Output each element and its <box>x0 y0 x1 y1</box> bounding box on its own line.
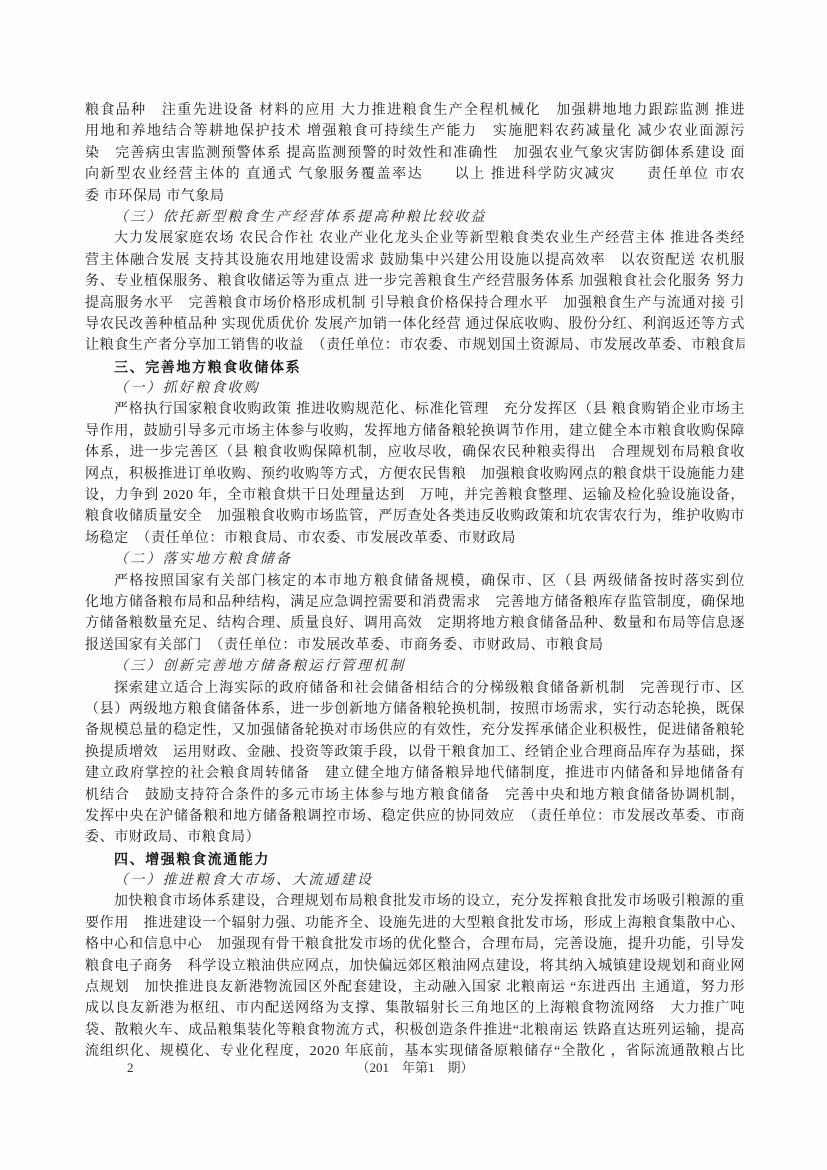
text-line: 营主体融合发展 支持其设施农用地建设需求 鼓励集中兴建公用设施以提高效率 以农资… <box>85 250 745 271</box>
subsection-heading: （二）落实地方粮食储备 <box>85 549 745 570</box>
section-heading: 三、完善地方粮食收储体系 <box>85 357 745 378</box>
subsection-heading: （一）抓好粮食收购 <box>85 378 745 399</box>
text-line: 让粮食生产者分享加工销售的收益 （责任单位：市农委、市规划国土资源局、市发展改革… <box>85 335 745 356</box>
page-footer: 2 （201 年第1 期） <box>85 1058 745 1078</box>
text-line: 袋、散粮火车、成品粮集装化等粮食物流方式，积极创造条件推进“北粮南运 铁路直达班… <box>85 1020 745 1041</box>
text-line: 场稳定 （责任单位：市粮食局、市农委、市发展改革委、市财政局 <box>85 528 745 549</box>
text-line: 发挥中央在沪储备粮和地方储备粮调控市场、稳定供应的协同效应 （责任单位：市发展改… <box>85 806 745 827</box>
section-heading: 四、增强粮食流通能力 <box>85 849 745 870</box>
document-page: 粮食品种 注重先进设备 材料的应用 大力推进粮食生产全程机械化 加强耕地地力跟踪… <box>0 0 827 1170</box>
text-line: 网点，积极推进订单收购、预约收购等方式，方便农民售粮 加强粮食收购网点的粮食烘干… <box>85 464 745 485</box>
text-line: 大力发展家庭农场 农民合作社 农业产业化龙头企业等新型粮食类农业生产经营主体 推… <box>85 228 745 249</box>
text-line: 要作用 推进建设一个辐射力强、功能齐全、设施先进的大型粮食批发市场，形成上海粮食… <box>85 913 745 934</box>
text-line: 化地方储备粮布局和品种结构，满足应急调控需要和消费需求 完善地方储备粮库存监管制… <box>85 592 745 613</box>
text-line: 探索建立适合上海实际的政府储备和社会储备相结合的分梯级粮食储备新机制 完善现行市… <box>85 678 745 699</box>
text-line: 建立政府掌控的社会粮食周转储备 建立健全地方储备粮异地代储制度，推进市内储备和异… <box>85 763 745 784</box>
text-line: 加快粮食市场体系建设，合理规划布局粮食批发市场的设立，充分发挥粮食批发市场吸引粮… <box>85 891 745 912</box>
text-line: 机结合 鼓励支持符合条件的多元市场主体参与地方粮食储备 完善中央和地方粮食储备协… <box>85 785 745 806</box>
text-line: 设，力争到 2020 年，全市粮食烘干日处理量达到 万吨，并完善粮食整理、运输及… <box>85 485 745 506</box>
text-line: 粮食品种 注重先进设备 材料的应用 大力推进粮食生产全程机械化 加强耕地地力跟踪… <box>85 100 745 121</box>
text-line: 粮食收储质量安全 加强粮食收购市场监管，严厉查处各类违反收购政策和坑农害农行为，… <box>85 506 745 527</box>
text-line: 染 完善病虫害监测预警体系 提高监测预警的时效性和准确性 加强农业气象灾害防御体… <box>85 143 745 164</box>
text-line: 严格执行国家粮食收购政策 推进收购规范化、标准化管理 充分发挥区（县 粮食购销企… <box>85 399 745 420</box>
text-line: 提高服务水平 完善粮食市场价格形成机制 引导粮食价格保持合理水平 加强粮食生产与… <box>85 293 745 314</box>
subsection-heading: （三）创新完善地方储备粮运行管理机制 <box>85 656 745 677</box>
text-line: 用地和养地结合等耕地保护技术 增强粮食可持续生产能力 实施肥料农药减量化 减少农… <box>85 121 745 142</box>
text-line: 务、专业植保服务、粮食收储运等为重点 进一步完善粮食生产经营服务体系 加强粮食社… <box>85 271 745 292</box>
text-line: 体系，进一步完善区（县 粮食收购保障机制，应收尽收，确保农民种粮卖得出 合理规划… <box>85 442 745 463</box>
page-number: 2 <box>127 1058 134 1078</box>
subsection-heading: （一）推进粮食大市场、大流通建设 <box>85 870 745 891</box>
text-line: 导农民改善种植品种 实现优质优价 发展产加销一体化经营 通过保底收购、股份分红、… <box>85 314 745 335</box>
body-text: 粮食品种 注重先进设备 材料的应用 大力推进粮食生产全程机械化 加强耕地地力跟踪… <box>85 100 745 1063</box>
text-line: 成以良友新港为枢纽、市内配送网络为支撑、集散辐射长三角地区的上海粮食物流网络 大… <box>85 998 745 1019</box>
text-line: 换提质增效 运用财政、金融、投资等政策手段，以骨干粮食加工、经销企业合理商品库存… <box>85 742 745 763</box>
text-line: 格中心和信息中心 加强现有骨干粮食批发市场的优化整合，合理布局，完善设施，提升功… <box>85 934 745 955</box>
text-line: 粮食电子商务 科学设立粮油供应网点，加快偏远郊区粮油网点建设，将其纳入城镇建设规… <box>85 956 745 977</box>
text-line: 严格按照国家有关部门核定的本市地方粮食储备规模，确保市、区（县 两级储备按时落实… <box>85 571 745 592</box>
text-line: （县）两级地方粮食储备体系，进一步创新地方储备粮轮换机制，按照市场需求，实行动态… <box>85 699 745 720</box>
text-line: 备规模总量的稳定性，又加强储备轮换对市场供应的有效性，充分发挥承储企业积极性，促… <box>85 720 745 741</box>
text-line: 点规划 加快推进良友新港物流园区外配套建设，主动融入国家 北粮南运 “东进西出 … <box>85 977 745 998</box>
text-line: 委 市环保局 市气象局 <box>85 186 745 207</box>
text-line: 委、市财政局、市粮食局） <box>85 827 745 848</box>
text-line: 报送国家有关部门 （责任单位：市发展改革委、市商务委、市财政局、市粮食局 <box>85 635 745 656</box>
text-line: 导作用，鼓励引导多元市场主体参与收购，发挥地方储备粮轮换调节作用，建立健全本市粮… <box>85 421 745 442</box>
issue-label: （201 年第1 期） <box>356 1060 473 1075</box>
subsection-heading: （三）依托新型粮食生产经营体系提高种粮比较收益 <box>85 207 745 228</box>
text-line: 向新型农业经营主体的 直通式 气象服务覆盖率达 以上 推进科学防灾减灾 责任单位… <box>85 164 745 185</box>
text-line: 方储备粮数量充足、结构合理、质量良好、调用高效 定期将地方粮食储备品种、数量和布… <box>85 613 745 634</box>
